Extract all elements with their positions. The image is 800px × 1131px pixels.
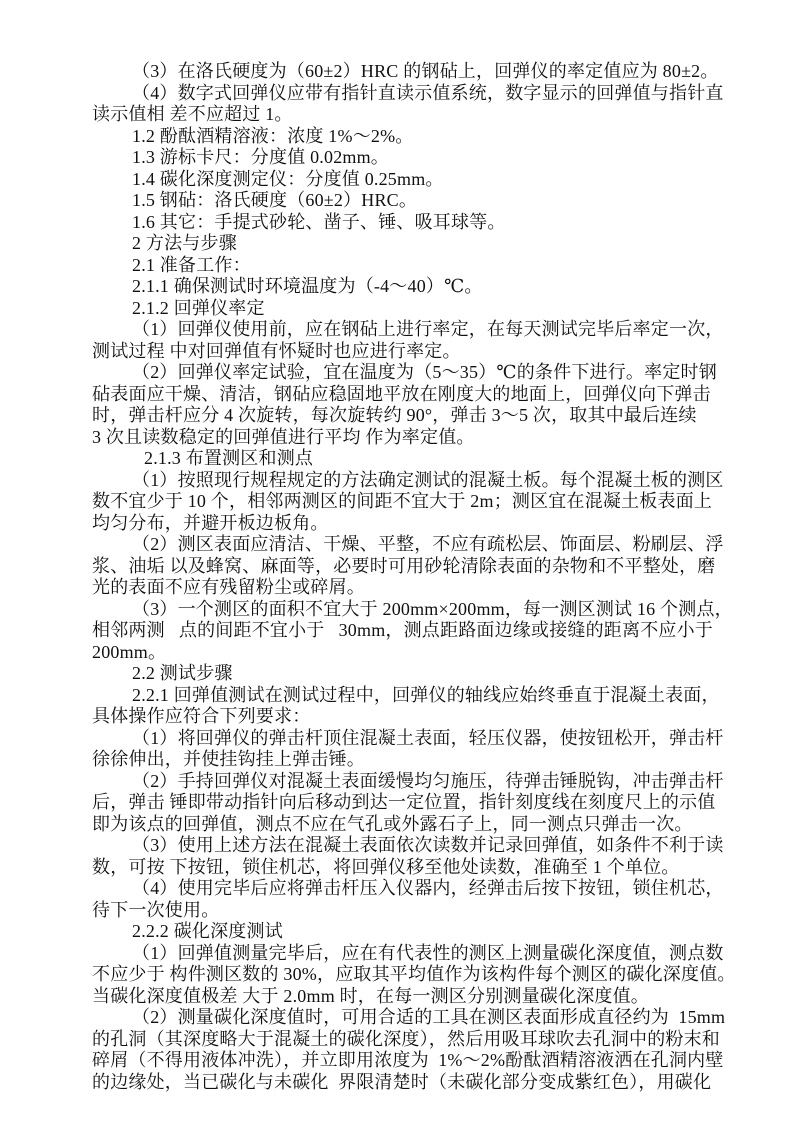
text-line: 待下一次使用。 [92,900,712,922]
text-line: 2.1.1 确保测试时环境温度为（-4～40）℃。 [92,276,712,298]
text-line: 200mm。 [92,642,712,664]
text-line: 2.1 准备工作： [92,255,712,277]
text-line: （2）回弹仪率定试验，宜在温度为（5～35）℃的条件下进行。率定时钢 [92,362,712,384]
text-line: 时，弹击杆应分 4 次旋转，每次旋转约 90°，弹击 3～5 次，取其中最后连续 [92,405,712,427]
text-line: 2.1.3 布置测区和测点 [92,448,712,470]
text-line: 1.3 游标卡尺：分度值 0.02mm。 [92,147,712,169]
text-line: （1）按照现行规程规定的方法确定测试的混凝土板。每个混凝土板的测区 [92,470,712,492]
text-line: （4）使用完毕后应将弹击杆压入仪器内，经弹击后按下按钮，锁住机芯， [92,878,712,900]
text-line: （1）将回弹仪的弹击杆顶住混凝土表面，轻压仪器，使按钮松开，弹击杆 [92,728,712,750]
text-line: 1.4 碳化深度测定仪：分度值 0.25mm。 [92,169,712,191]
text-line: 光的表面不应有残留粉尘或碎屑。 [92,577,712,599]
text-line: 徐徐伸出，并使挂钩挂上弹击锤。 [92,749,712,771]
document-content: （3）在洛氏硬度为（60±2）HRC 的钢砧上，回弹仪的率定值应为 80±2。（… [92,61,712,1093]
text-line: 均匀分布，并避开板边板角。 [92,513,712,535]
text-line: 不应少于 构件测区数的 30%，应取其平均值作为该构件每个测区的碳化深度值。 [92,964,712,986]
text-line: 碎屑（不得用液体冲洗），并立即用浓度为 1%～2%酚酞酒精溶液洒在孔洞内壁 [92,1050,712,1072]
text-line: 1.5 钢砧：洛氏硬度（60±2）HRC。 [92,190,712,212]
text-line: 2.2.2 碳化深度测试 [92,921,712,943]
text-line: 相邻两测 点的间距不宜小于 30mm，测点距路面边缘或接缝的距离不应小于 [92,620,712,642]
text-line: 当碳化深度值极差 大于 2.0mm 时，在每一测区分别测量碳化深度值。 [92,986,712,1008]
document-page: （3）在洛氏硬度为（60±2）HRC 的钢砧上，回弹仪的率定值应为 80±2。（… [0,0,800,1131]
text-line: 具体操作应符合下列要求： [92,706,712,728]
text-line: （3）在洛氏硬度为（60±2）HRC 的钢砧上，回弹仪的率定值应为 80±2。 [92,61,712,83]
text-line: （3）使用上述方法在混凝土表面依次读数并记录回弹值，如条件不利于读 [92,835,712,857]
text-line: （2）测量碳化深度值时，可用合适的工具在测区表面形成直径约为 15mm [92,1007,712,1029]
text-line: 的边缘处，当已碳化与未碳化 界限清楚时（未碳化部分变成紫红色），用碳化 [92,1072,712,1094]
text-line: 2.2 测试步骤 [92,663,712,685]
text-line: （1）回弹仪使用前，应在钢砧上进行率定，在每天测试完毕后率定一次， [92,319,712,341]
text-line: 数，可按 下按钮，锁住机芯，将回弹仪移至他处读数，准确至 1 个单位。 [92,857,712,879]
text-line: 2 方法与步骤 [92,233,712,255]
text-line: 1.2 酚酞酒精溶液：浓度 1%～2%。 [92,126,712,148]
text-line: 3 次且读数稳定的回弹值进行平均 作为率定值。 [92,427,712,449]
text-line: 浆、油垢 以及蜂窝、麻面等，必要时可用砂轮清除表面的杂物和不平整处，磨 [92,556,712,578]
text-line: 2.2.1 回弹值测试在测试过程中，回弹仪的轴线应始终垂直于混凝土表面， [92,685,712,707]
text-line: （4）数字式回弹仪应带有指针直读示值系统，数字显示的回弹值与指针直 [92,83,712,105]
text-line: 砧表面应干燥、清洁，钢砧应稳固地平放在刚度大的地面上，回弹仪向下弹击 [92,384,712,406]
text-line: （2）测区表面应清洁、干燥、平整，不应有疏松层、饰面层、粉刷层、浮 [92,534,712,556]
text-line: 测试过程 中对回弹值有怀疑时也应进行率定。 [92,341,712,363]
text-line: 1.6 其它：手提式砂轮、凿子、锤、吸耳球等。 [92,212,712,234]
text-line: （2）手持回弹仪对混凝土表面缓慢均匀施压，待弹击锤脱钩，冲击弹击杆 [92,771,712,793]
text-line: （3）一个测区的面积不宜大于 200mm×200mm，每一测区测试 16 个测点… [92,599,712,621]
text-line: 2.1.2 回弹仪率定 [92,298,712,320]
text-line: （1）回弹值测量完毕后，应在有代表性的测区上测量碳化深度值，测点数 [92,943,712,965]
text-line: 后，弹击 锤即带动指针向后移动到达一定位置，指针刻度线在刻度尺上的示值 [92,792,712,814]
text-line: 数不宜少于 10 个，相邻两测区的间距不宜大于 2m；测区宜在混凝土板表面上 [92,491,712,513]
text-line: 即为该点的回弹值，测点不应在气孔或外露石子上，同一测点只弹击一次。 [92,814,712,836]
text-line: 读示值相 差不应超过 1。 [92,104,712,126]
text-line: 的孔洞（其深度略大于混凝土的碳化深度），然后用吸耳球吹去孔洞中的粉末和 [92,1029,712,1051]
